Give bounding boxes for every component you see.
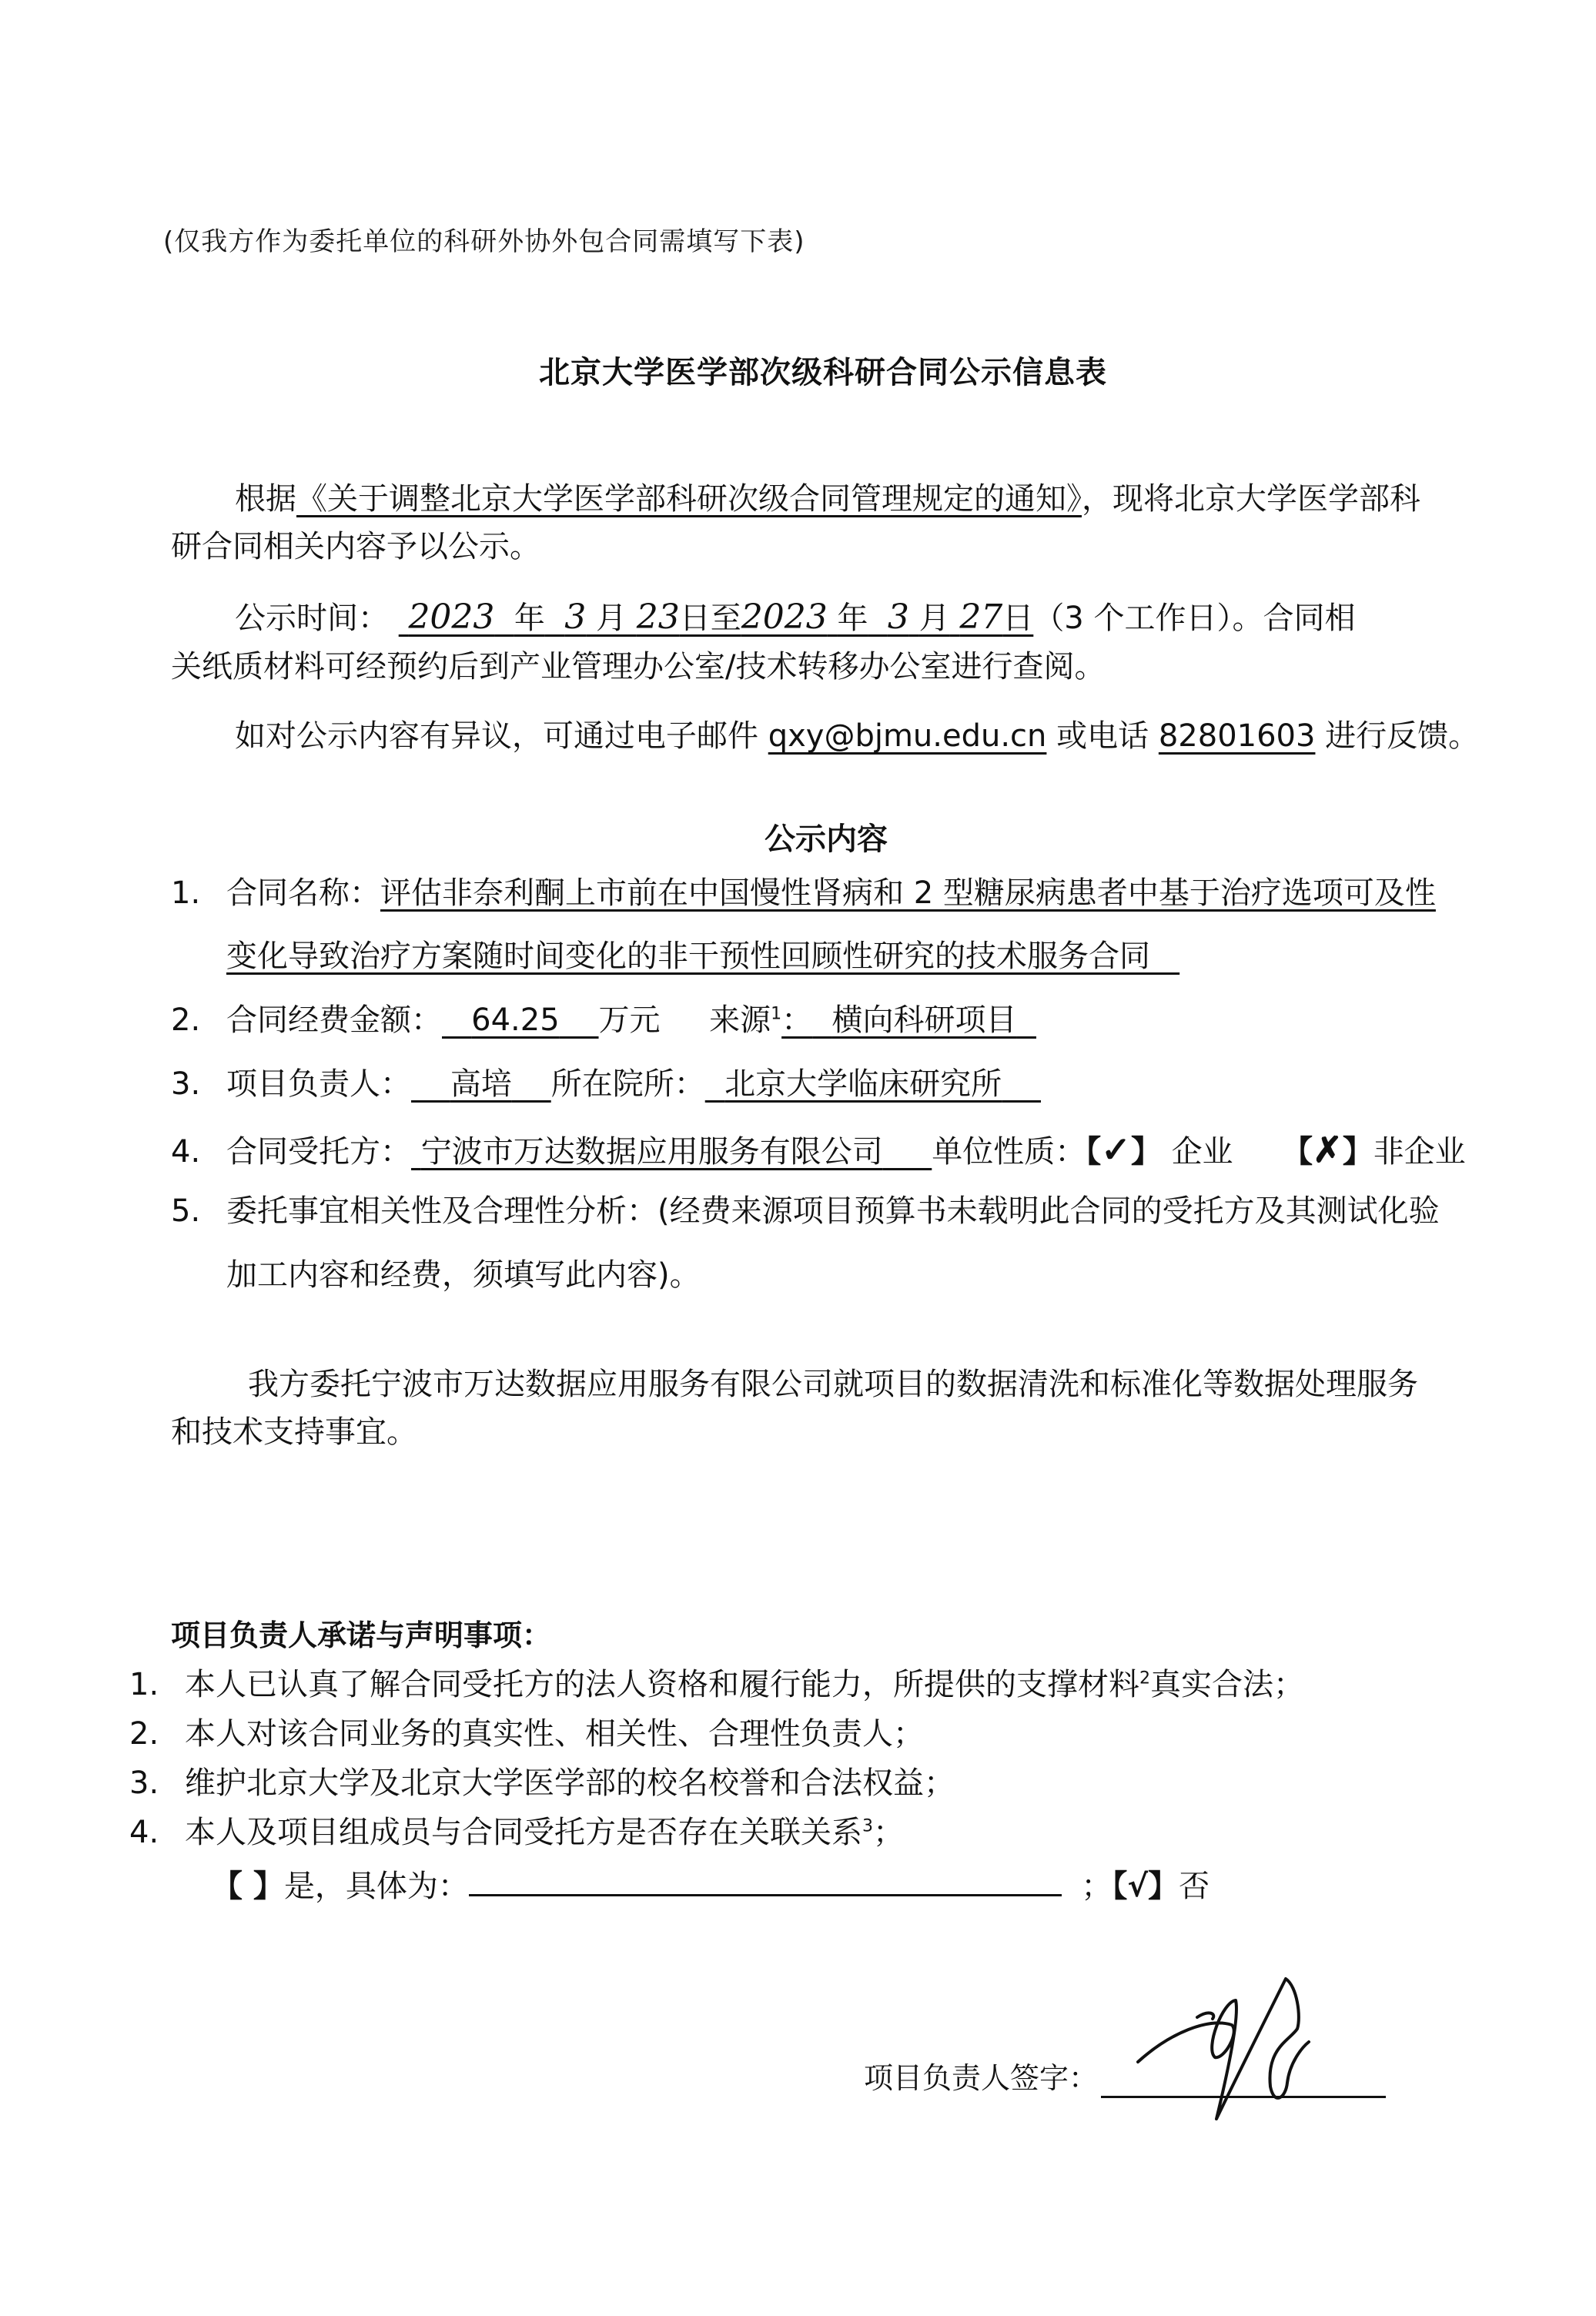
item-amount: 2.合同经费金额： 64.25 万元 来源1： 横向科研项目 — [171, 1005, 1036, 1036]
source-value: ： 横向科研项目 — [781, 1002, 1036, 1038]
end-date-field[interactable]: 2023 年 3 月 27日 — [741, 601, 1034, 636]
contract-name-line2: 变化导致治疗方案随时间变化的非干预性回顾性研究的技术服务合同 — [226, 941, 1179, 972]
relation-yes-checkbox[interactable]: 【 】 — [212, 1869, 284, 1904]
item-contract-name: 1.合同名称：评估非奈利酮上市前在中国慢性肾病和 2 型糖尿病患者中基于治疗选项… — [171, 878, 1436, 909]
intro-line2: 研合同相关内容予以公示。 — [171, 531, 540, 562]
relation-detail-field[interactable] — [469, 1866, 1062, 1896]
intro-suffix: ，现将北京大学医学部科 — [1082, 481, 1420, 517]
publicity-line2: 关纸质材料可经预约后到产业管理办公室/技术转移办公室进行查阅。 — [171, 651, 1105, 682]
intro-prefix: 根据 — [235, 481, 296, 517]
item-analysis: 5.委托事宜相关性及合理性分析：(经费来源项目预算书未载明此合同的受托方及其测试… — [171, 1196, 1440, 1227]
signature-icon — [1124, 1971, 1370, 2125]
leader-value: 高培 — [411, 1066, 551, 1102]
relation-row: 【 】是，具体为： ；【√】否 — [212, 1866, 1210, 1902]
start-day: 23 — [637, 597, 680, 637]
amount-value: 64.25 — [442, 1002, 599, 1038]
feedback-phone[interactable]: 82801603 — [1159, 718, 1316, 754]
intro-line1: 根据《关于调整北京大学医学部科研次级合同管理规定的通知》，现将北京大学医学部科 — [235, 484, 1420, 514]
start-year: 2023 — [408, 597, 494, 637]
enterprise-checkbox[interactable]: 【✓】 — [1086, 1134, 1162, 1170]
start-date-field[interactable]: 2023 年 3 月 23日至 — [399, 601, 741, 636]
item-leader: 3.项目负责人： 高培 所在院所： 北京大学临床研究所 — [171, 1069, 1041, 1099]
cross-icon: ✗ — [1313, 1129, 1343, 1170]
contractee-value: 宁波市万达数据应用服务有限公司 — [411, 1134, 932, 1170]
signature-label: 项目负责人签字： — [864, 2063, 1098, 2093]
analysis-text-line2: 和技术支持事宜。 — [171, 1417, 417, 1447]
commitment-item-3: 3.维护北京大学及北京大学医学部的校名校誉和合法权益； — [129, 1768, 955, 1799]
end-day: 27 — [959, 597, 1002, 637]
regulation-link[interactable]: 《关于调整北京大学医学部科研次级合同管理规定的通知》 — [296, 481, 1082, 517]
header-note: (仅我方作为委托单位的科研外协外包合同需填写下表) — [163, 220, 805, 258]
commitment-item-4: 4.本人及项目组成员与合同受托方是否存在关联关系3； — [129, 1817, 904, 1848]
commitments-heading: 项目负责人承诺与声明事项： — [171, 1621, 551, 1650]
institute-value: 北京大学临床研究所 — [705, 1066, 1041, 1102]
contract-name-value: 评估非奈利酮上市前在中国慢性肾病和 2 型糖尿病患者中基于治疗选项可及性 — [380, 875, 1436, 911]
feedback-line: 如对公示内容有异议，可通过电子邮件 qxy@bjmu.edu.cn 或电话 82… — [235, 721, 1479, 751]
end-year: 2023 — [741, 597, 828, 637]
end-month: 3 — [888, 597, 909, 637]
publicity-period: 公示时间： 2023 年 3 月 23日至2023 年 3 月 27日（3 个工… — [235, 601, 1355, 634]
non-enterprise-checkbox[interactable]: 【✗】 — [1282, 1134, 1373, 1170]
feedback-email-link[interactable]: qxy@bjmu.edu.cn — [768, 718, 1047, 754]
commitment-item-1: 1.本人已认真了解合同受托方的法人资格和履行能力，所提供的支撑材料2真实合法； — [129, 1669, 1304, 1700]
relation-no-checkbox[interactable]: 【√】 — [1112, 1869, 1179, 1904]
check-icon: ✓ — [1101, 1129, 1131, 1170]
commitment-item-2: 2.本人对该合同业务的真实性、相关性、合理性负责人； — [129, 1719, 924, 1749]
analysis-line2: 加工内容和经费，须填写此内容)。 — [226, 1260, 701, 1290]
workdays-note: （3 个工作日）。合同相 — [1033, 601, 1355, 636]
start-month: 3 — [564, 597, 586, 637]
content-heading: 公示内容 — [765, 815, 888, 858]
analysis-text-line1: 我方委托宁波市万达数据应用服务有限公司就项目的数据清洗和标准化等数据处理服务 — [248, 1369, 1418, 1400]
page-title: 北京大学医学部次级科研合同公示信息表 — [539, 348, 1107, 392]
publicity-label: 公示时间： — [235, 601, 389, 636]
item-contractee: 4.合同受托方： 宁波市万达数据应用服务有限公司 单位性质：【✓】 企业 【✗】… — [171, 1132, 1466, 1167]
